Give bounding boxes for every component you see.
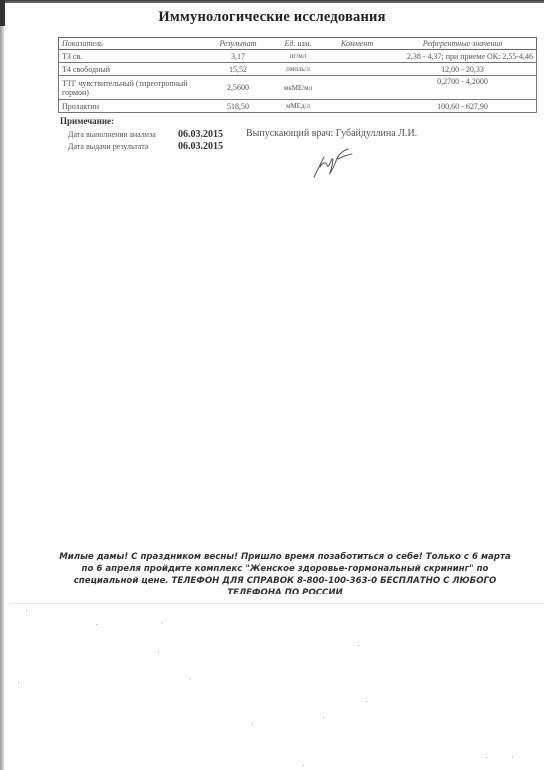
row-reference: 2,38 - 4,37; при приеме ОК: 2,55-4,46	[389, 50, 537, 63]
row-result: 518,50	[205, 100, 271, 113]
row-unit: мМЕд/л	[271, 100, 325, 113]
issuing-doctor: Выпускающий врач: Губайдуллина Л.И.	[246, 128, 417, 139]
scan-speck	[303, 765, 304, 766]
row-unit: пмоль/л	[271, 63, 325, 76]
scan-speck	[323, 717, 324, 718]
row-comment	[325, 50, 389, 63]
promo-line: по 6 апреля пройдите комплекс "Женское з…	[20, 563, 544, 575]
promo-line: специальной цене. ТЕЛЕФОН ДЛЯ СПРАВОК 8-…	[20, 575, 544, 587]
table-row: Т4 свободный 15,52 пмоль/л 12,00 - 20,33	[59, 63, 537, 76]
row-reference: 100,60 - 627,90	[389, 100, 537, 113]
row-unit: мкМЕ/мл	[271, 76, 325, 100]
page-title: Иммунологические исследования	[0, 9, 544, 26]
scan-speck	[252, 723, 253, 724]
table-row: Пролактин 518,50 мМЕд/л 100,60 - 627,90	[59, 100, 537, 113]
promo-line: Милые дамы! С праздником весны! Пришло в…	[20, 551, 544, 563]
table-row: ТТГ чувствительный (тиреотропный гормон)…	[59, 76, 537, 100]
signature-icon	[308, 145, 358, 180]
header-reference: Референтные значения	[389, 38, 537, 50]
row-comment	[325, 76, 389, 100]
header-unit: Ед. изм.	[271, 38, 325, 50]
scan-edge-top	[0, 0, 544, 3]
row-name: ТТГ чувствительный (тиреотропный гормон)	[59, 76, 206, 100]
scan-speck	[189, 678, 190, 679]
analysis-date-value: 06.03.2015	[178, 129, 223, 140]
dates-block: Дата выполнения анализа 06.03.2015 Дата …	[68, 128, 223, 152]
header-result: Результат	[205, 38, 271, 50]
issue-date-value: 06.03.2015	[178, 141, 223, 152]
analysis-date-row: Дата выполнения анализа 06.03.2015	[68, 128, 223, 140]
row-reference: 12,00 - 20,33	[389, 63, 537, 76]
header-comment: Коммент	[325, 38, 389, 50]
row-result: 3,17	[205, 50, 271, 63]
row-name: Т4 свободный	[59, 63, 206, 76]
note-title: Примечание:	[60, 116, 114, 126]
scan-speck	[26, 610, 27, 611]
scan-edge-left	[0, 0, 4, 770]
scan-speck	[162, 622, 163, 623]
table-row: Т3 св. 3,17 пг/мл 2,38 - 4,37; при прием…	[59, 50, 537, 63]
issue-date-label: Дата выдачи результата	[68, 142, 178, 151]
scan-speck	[486, 757, 487, 758]
analysis-date-label: Дата выполнения анализа	[68, 130, 178, 139]
row-unit: пг/мл	[271, 50, 325, 63]
scan-speck	[358, 645, 359, 646]
row-name: Т3 св.	[59, 50, 206, 63]
scan-speck	[158, 651, 159, 652]
promo-line: ТЕЛЕФОНА ПО РОССИИ	[20, 587, 544, 594]
table-header-row: Показатель Результат Ед. изм. Коммент Ре…	[59, 38, 537, 50]
scan-speck	[512, 756, 513, 757]
scan-speck	[18, 682, 19, 683]
row-result: 15,52	[205, 63, 271, 76]
row-result: 2,5600	[205, 76, 271, 100]
issue-date-row: Дата выдачи результата 06.03.2015	[68, 140, 223, 152]
row-reference: 0,2700 - 4,2000	[389, 76, 537, 100]
header-indicator: Показатель	[59, 38, 206, 50]
row-name: Пролактин	[59, 100, 206, 113]
scan-fold-line	[10, 603, 544, 604]
row-comment	[325, 63, 389, 76]
row-comment	[325, 100, 389, 113]
results-table: Показатель Результат Ед. изм. Коммент Ре…	[58, 37, 537, 113]
scan-speck	[366, 701, 367, 702]
scan-speck	[96, 624, 97, 625]
promo-text: Милые дамы! С праздником весны! Пришло в…	[20, 551, 544, 594]
